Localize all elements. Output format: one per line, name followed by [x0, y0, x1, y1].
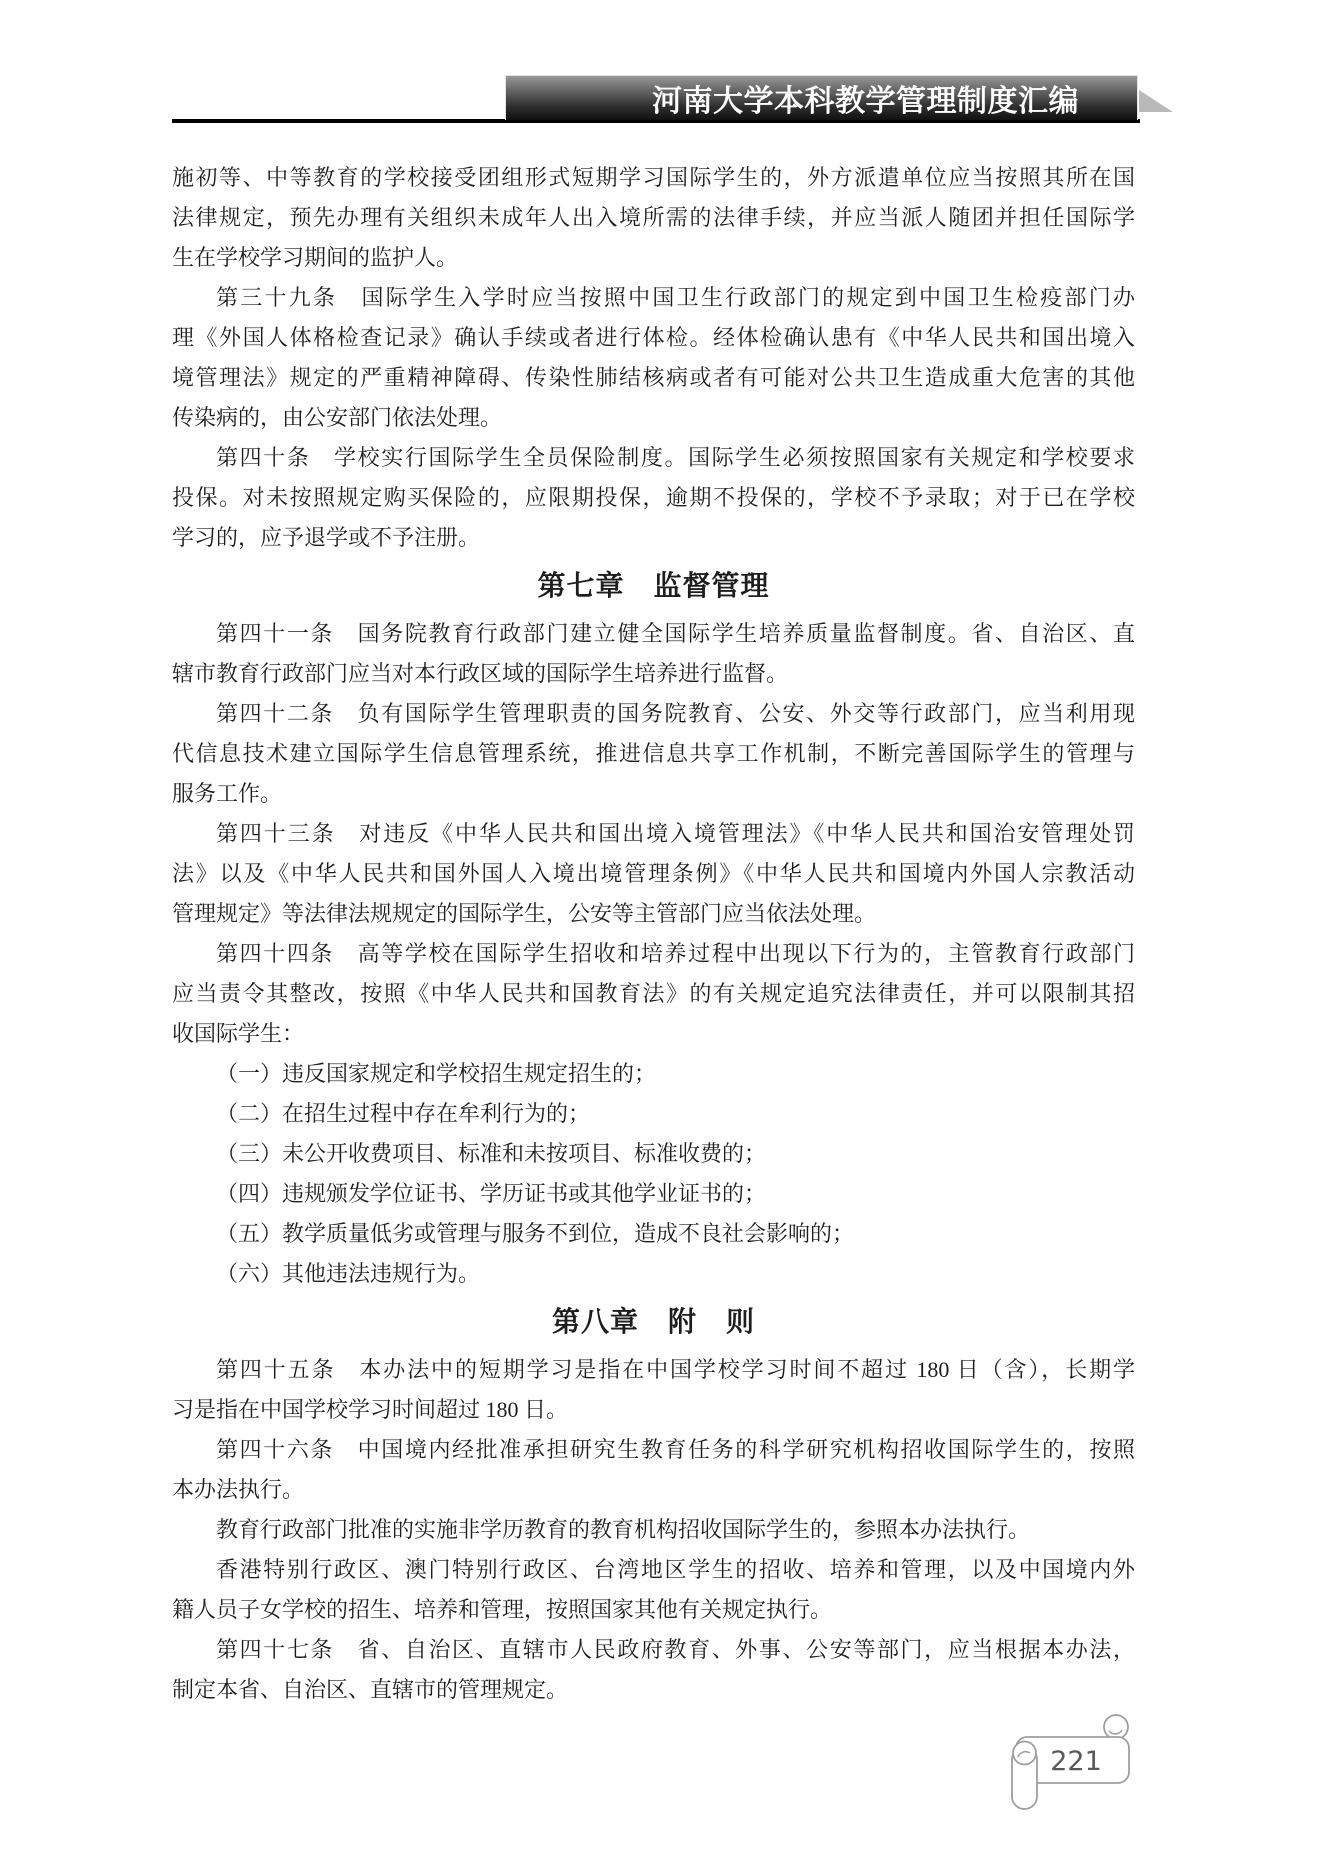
header-banner: 河南大学本科教学管理制度汇编: [505, 75, 1138, 120]
chapter-heading: 第八章 附 则: [172, 1302, 1135, 1342]
text-line: 本办法执行。: [172, 1470, 1135, 1510]
page-number: 221: [1050, 1746, 1102, 1777]
text-line: 第四十四条 高等学校在国际学生招收和培养过程中出现以下行为的，主管教育行政部门: [172, 934, 1135, 974]
text-line: 代信息技术建立国际学生信息管理系统，推进信息共享工作机制，不断完善国际学生的管理…: [172, 734, 1135, 774]
page-footer: 221: [1005, 1712, 1135, 1817]
text-line: 制定本省、自治区、直辖市的管理规定。: [172, 1670, 1135, 1710]
text-line: 应当责令其整改，按照《中华人民共和国教育法》的有关规定追究法律责任，并可以限制其…: [172, 974, 1135, 1014]
text-line: 理《外国人体格检查记录》确认手续或者进行体检。经体检确认患有《中华人民共和国出境…: [172, 318, 1135, 358]
text-line: 第三十九条 国际学生入学时应当按照中国卫生行政部门的规定到中国卫生检疫部门办: [172, 278, 1135, 318]
text-line: 投保。对未按照规定购买保险的，应限期投保，逾期不投保的，学校不予录取；对于已在学…: [172, 478, 1135, 518]
text-line: 服务工作。: [172, 774, 1135, 814]
text-line: 法》以及《中华人民共和国外国人入境出境管理条例》《中华人民共和国境内外国人宗教活…: [172, 854, 1135, 894]
text-line: 教育行政部门批准的实施非学历教育的教育机构招收国际学生的，参照本办法执行。: [172, 1510, 1135, 1550]
text-line: 生在学校学习期间的监护人。: [172, 238, 1135, 278]
scroll-page-number-icon: 221: [1005, 1712, 1135, 1812]
text-line: （一）违反国家规定和学校招生规定招生的；: [172, 1054, 1135, 1094]
chapter-heading: 第七章 监督管理: [172, 566, 1135, 606]
text-line: 香港特别行政区、澳门特别行政区、台湾地区学生的招收、培养和管理，以及中国境内外: [172, 1550, 1135, 1590]
text-line: 第四十条 学校实行国际学生全员保险制度。国际学生必须按照国家有关规定和学校要求: [172, 438, 1135, 478]
text-line: 学习的，应予退学或不予注册。: [172, 518, 1135, 558]
text-line: 第四十三条 对违反《中华人民共和国出境入境管理法》《中华人民共和国治安管理处罚: [172, 814, 1135, 854]
text-line: 收国际学生：: [172, 1014, 1135, 1054]
text-line: 习是指在中国学校学习时间超过 180 日。: [172, 1390, 1135, 1430]
header-arrow-icon: [1139, 90, 1173, 113]
text-line: 第四十七条 省、自治区、直辖市人民政府教育、外事、公安等部门，应当根据本办法，: [172, 1630, 1135, 1670]
text-line: 第四十二条 负有国际学生管理职责的国务院教育、公安、外交等行政部门，应当利用现: [172, 694, 1135, 734]
document-body: 施初等、中等教育的学校接受团组形式短期学习国际学生的，外方派遣单位应当按照其所在…: [172, 158, 1135, 1710]
page: 河南大学本科教学管理制度汇编 施初等、中等教育的学校接受团组形式短期学习国际学生…: [0, 0, 1323, 1871]
text-line: 境管理法》规定的严重精神障碍、传染性肺结核病或者有可能对公共卫生造成重大危害的其…: [172, 358, 1135, 398]
text-line: （三）未公开收费项目、标准和未按项目、标准收费的；: [172, 1134, 1135, 1174]
text-line: 法律规定，预先办理有关组织未成年人出入境所需的法律手续，并应当派人随团并担任国际…: [172, 198, 1135, 238]
text-line: 传染病的，由公安部门依法处理。: [172, 398, 1135, 438]
header-title: 河南大学本科教学管理制度汇编: [652, 76, 1079, 120]
text-line: 管理规定》等法律法规规定的国际学生，公安等主管部门应当依法处理。: [172, 894, 1135, 934]
text-line: （六）其他违法违规行为。: [172, 1254, 1135, 1294]
text-line: （五）教学质量低劣或管理与服务不到位，造成不良社会影响的；: [172, 1214, 1135, 1254]
text-line: 第四十六条 中国境内经批准承担研究生教育任务的科学研究机构招收国际学生的，按照: [172, 1430, 1135, 1470]
text-line: 第四十一条 国务院教育行政部门建立健全国际学生培养质量监督制度。省、自治区、直: [172, 614, 1135, 654]
text-line: 籍人员子女学校的招生、培养和管理，按照国家其他有关规定执行。: [172, 1590, 1135, 1630]
text-line: 辖市教育行政部门应当对本行政区域的国际学生培养进行监督。: [172, 654, 1135, 694]
text-line: （四）违规颁发学位证书、学历证书或其他学业证书的；: [172, 1174, 1135, 1214]
text-line: （二）在招生过程中存在牟利行为的；: [172, 1094, 1135, 1134]
text-line: 第四十五条 本办法中的短期学习是指在中国学校学习时间不超过 180 日（含），长…: [172, 1350, 1135, 1390]
text-line: 施初等、中等教育的学校接受团组形式短期学习国际学生的，外方派遣单位应当按照其所在…: [172, 158, 1135, 198]
